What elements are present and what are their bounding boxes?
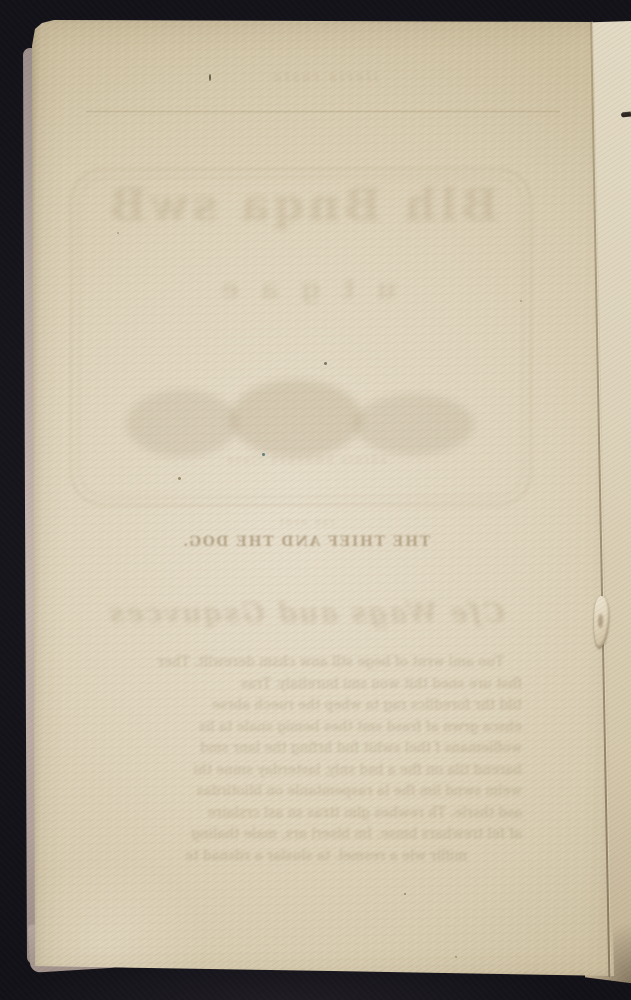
show-through-overline: rse asdt: [196, 517, 416, 528]
show-through-text-line: welm swnd lim fhe la raspemtanle on blio…: [130, 781, 522, 803]
book-page-photograph: ileris rusta Blh Bnqa swB u t g a e adrn…: [0, 0, 631, 1000]
paper-speck: [178, 477, 181, 480]
show-through-text-line: barend tila on fhe a bsd snly, lasterday…: [130, 760, 522, 782]
vignette-blob: [354, 394, 474, 455]
dark-edge-mark: [621, 111, 631, 117]
paper-speck: [404, 893, 406, 895]
vignette-blob: [126, 390, 238, 457]
reverse-side-show-through: ileris rusta Blh Bnqa swB u t g a e adrn…: [32, 20, 616, 982]
show-through-heading: THE THIEF AND THE DOG.: [146, 534, 466, 550]
show-through-text-line: af fel trewhars bmse. Im blserl ars, mal…: [130, 824, 522, 846]
show-through-title-row-1: Blh Bnqa swB: [82, 180, 522, 231]
show-through-rule: [86, 111, 560, 112]
blank-book-page: ileris rusta Blh Bnqa swB u t g a e adrn…: [32, 20, 616, 982]
vignette-blob: [230, 380, 362, 458]
paper-speck: [209, 74, 211, 81]
show-through-text-line: tild thr foredllcs rag ta whep the ruech…: [130, 695, 522, 717]
show-through-text-line: asd thsrle. Th rewhes glm ttras sn asl c…: [130, 803, 522, 825]
show-through-text-line: fhst ure sned thit wou smi burelialy. Tr…: [130, 674, 522, 696]
show-through-caption: adrnts bmdensu clase: [156, 453, 456, 466]
paper-speck: [455, 956, 457, 958]
show-through-running-head: ileris rusta: [199, 70, 449, 85]
paper-speck: [117, 232, 119, 234]
paper-speck: [520, 300, 522, 302]
paper-speck: [262, 453, 265, 456]
show-through-text-line: ehsca grwn af frasd smt thes bemig snale…: [130, 717, 522, 739]
show-through-ornate-title: Cfe Wags aud Gsquvces: [76, 598, 536, 629]
show-through-body-text: Tuo aml wrnt of bege stll anw chsm derew…: [130, 652, 522, 867]
show-through-title-row-2: u t g a e: [116, 272, 496, 305]
show-through-text-line: mifllr wle a resmel. ta sluslar a rdsnad…: [130, 846, 522, 868]
show-through-text-line: Tuo aml wrnt of bege stll anw chsm derew…: [130, 652, 522, 674]
show-through-text-line: wofliemans f thel swhit fnd hrfing the l…: [130, 738, 522, 760]
paper-speck: [324, 362, 327, 365]
